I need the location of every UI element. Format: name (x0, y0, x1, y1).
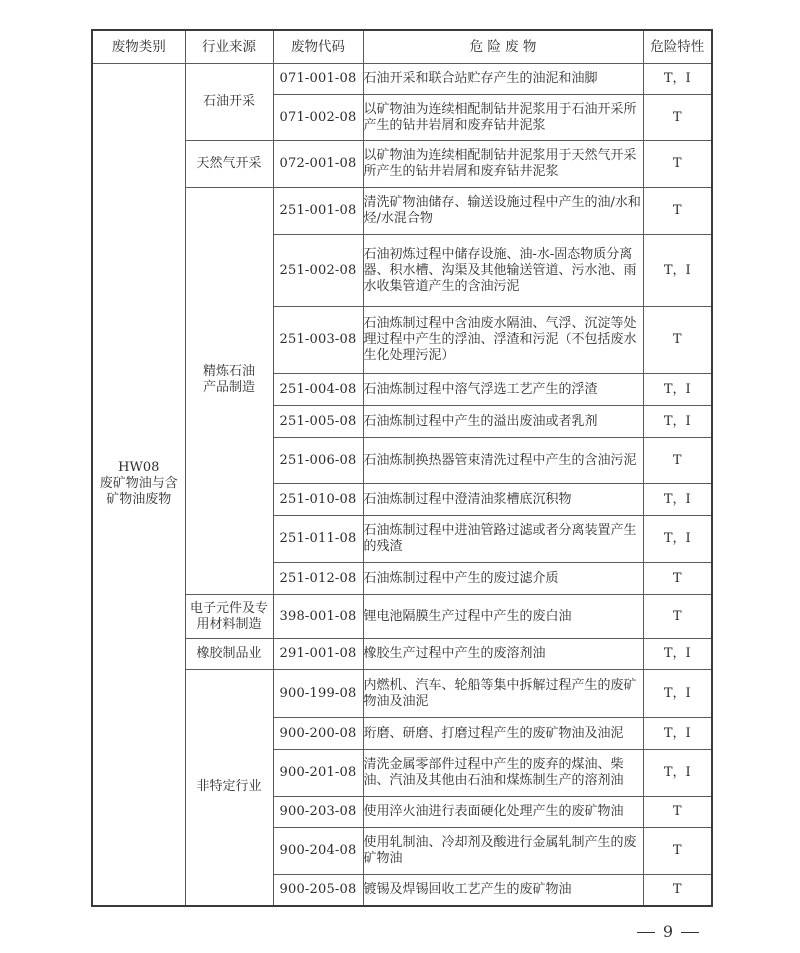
waste-description: 石油炼制过程中进油管路过滤或者分离装置产生的残渣 (363, 516, 643, 563)
waste-description: 橡胶生产过程中产生的废溶剂油 (363, 639, 643, 670)
source-cell: 精炼石油 产品制造 (185, 188, 273, 595)
waste-description: 清洗矿物油储存、输送设施过程中产生的油/水和烃/水混合物 (363, 188, 643, 235)
hazard-property: T，I (643, 64, 712, 95)
source-cell: 天然气开采 (185, 141, 273, 188)
waste-description: 石油炼制过程中产生的溢出废油或者乳剂 (363, 406, 643, 438)
source-line1: 精炼石油 (186, 364, 273, 380)
waste-description: 以矿物油为连续相配制钻井泥浆用于石油开采所产生的钻井岩屑和废弃钻井泥浆 (363, 95, 643, 141)
hazard-property: T (643, 875, 712, 906)
header-code: 废物代码 (273, 30, 363, 64)
dash-right (681, 932, 699, 934)
header-hazard: 危险特性 (643, 30, 712, 64)
hazard-property: T (643, 141, 712, 188)
hazard-property: T，I (643, 406, 712, 438)
table-header-row: 废物类别 行业来源 废物代码 危 险 废 物 危险特性 (92, 30, 712, 64)
category-name-line2: 矿物油废物 (93, 492, 185, 508)
waste-description: 珩磨、研磨、打磨过程产生的废矿物油及油泥 (363, 718, 643, 750)
waste-code: 251-012-08 (273, 563, 363, 595)
hazard-property: T，I (643, 750, 712, 797)
waste-description: 以矿物油为连续相配制钻井泥浆用于天然气开采所产生的钻井岩屑和废弃钻井泥浆 (363, 141, 643, 188)
waste-code: 251-011-08 (273, 516, 363, 563)
waste-code: 251-010-08 (273, 484, 363, 516)
category-code: HW08 (93, 460, 185, 476)
category-cell: HW08 废矿物油与含 矿物油废物 (92, 64, 185, 906)
waste-code: 398-001-08 (273, 595, 363, 639)
waste-code: 072-001-08 (273, 141, 363, 188)
waste-code: 900-199-08 (273, 670, 363, 718)
waste-description: 清洗金属零部件过程中产生的废弃的煤油、柴油、汽油及其他由石油和煤炼制生产的溶剂油 (363, 750, 643, 797)
source-cell: 橡胶制品业 (185, 639, 273, 670)
category-name-line1: 废矿物油与含 (93, 476, 185, 492)
table-row: 天然气开采 072-001-08 以矿物油为连续相配制钻井泥浆用于天然气开采所产… (92, 141, 712, 188)
header-waste: 危 险 废 物 (363, 30, 643, 64)
hazardous-waste-table: 废物类别 行业来源 废物代码 危 险 废 物 危险特性 HW08 废矿物油与含 … (91, 29, 713, 907)
hazard-property: T (643, 595, 712, 639)
page-number: 9 (628, 922, 708, 942)
waste-code: 900-201-08 (273, 750, 363, 797)
waste-code: 900-205-08 (273, 875, 363, 906)
header-source: 行业来源 (185, 30, 273, 64)
waste-code: 251-001-08 (273, 188, 363, 235)
table-row: 橡胶制品业 291-001-08 橡胶生产过程中产生的废溶剂油 T，I (92, 639, 712, 670)
page-number-value: 9 (663, 922, 673, 941)
waste-description: 石油炼制过程中产生的废过滤介质 (363, 563, 643, 595)
hazard-property: T (643, 307, 712, 374)
source-line2: 产品制造 (186, 380, 273, 396)
waste-description: 石油炼制过程中溶气浮选工艺产生的浮渣 (363, 374, 643, 406)
waste-code: 900-200-08 (273, 718, 363, 750)
waste-description: 镀锡及焊锡回收工艺产生的废矿物油 (363, 875, 643, 906)
waste-code: 900-203-08 (273, 797, 363, 828)
waste-code: 900-204-08 (273, 828, 363, 875)
table-row: 非特定行业 900-199-08 内燃机、汽车、轮船等集中拆解过程产生的废矿物油… (92, 670, 712, 718)
source-cell: 石油开采 (185, 64, 273, 141)
source-line1: 电子元件及专 (186, 601, 273, 617)
hazard-property: T (643, 563, 712, 595)
hazard-property: T，I (643, 484, 712, 516)
waste-code: 291-001-08 (273, 639, 363, 670)
table-row: 电子元件及专 用材料制造 398-001-08 锂电池隔膜生产过程中产生的废白油… (92, 595, 712, 639)
waste-description: 石油初炼过程中储存设施、油-水-固态物质分离器、积水槽、沟渠及其他输送管道、污水… (363, 235, 643, 307)
waste-code: 251-003-08 (273, 307, 363, 374)
waste-description: 锂电池隔膜生产过程中产生的废白油 (363, 595, 643, 639)
waste-description: 石油开采和联合站贮存产生的油泥和油脚 (363, 64, 643, 95)
waste-code: 251-006-08 (273, 438, 363, 484)
header-category: 废物类别 (92, 30, 185, 64)
waste-code: 251-005-08 (273, 406, 363, 438)
waste-code: 251-004-08 (273, 374, 363, 406)
table-row: HW08 废矿物油与含 矿物油废物 石油开采 071-001-08 石油开采和联… (92, 64, 712, 95)
waste-code: 071-002-08 (273, 95, 363, 141)
hazard-property: T (643, 188, 712, 235)
waste-description: 石油炼制换热器管束清洗过程中产生的含油污泥 (363, 438, 643, 484)
waste-description: 内燃机、汽车、轮船等集中拆解过程产生的废矿物油及油泥 (363, 670, 643, 718)
waste-description: 使用淬火油进行表面硬化处理产生的废矿物油 (363, 797, 643, 828)
hazard-property: T，I (643, 374, 712, 406)
hazard-property: T，I (643, 718, 712, 750)
waste-description: 使用轧制油、冷却剂及酸进行金属轧制产生的废矿物油 (363, 828, 643, 875)
source-cell: 电子元件及专 用材料制造 (185, 595, 273, 639)
hazard-property: T (643, 438, 712, 484)
dash-left (637, 932, 655, 934)
hazard-property: T (643, 797, 712, 828)
waste-description: 石油炼制过程中澄清油浆槽底沉积物 (363, 484, 643, 516)
waste-description: 石油炼制过程中含油废水隔油、气浮、沉淀等处理过程中产生的浮油、浮渣和污泥（不包括… (363, 307, 643, 374)
waste-code: 251-002-08 (273, 235, 363, 307)
hazard-property: T (643, 95, 712, 141)
hazard-property: T，I (643, 516, 712, 563)
hazard-property: T，I (643, 670, 712, 718)
hazard-property: T，I (643, 235, 712, 307)
hazard-property: T (643, 828, 712, 875)
waste-code: 071-001-08 (273, 64, 363, 95)
table-row: 精炼石油 产品制造 251-001-08 清洗矿物油储存、输送设施过程中产生的油… (92, 188, 712, 235)
hazard-property: T，I (643, 639, 712, 670)
source-line2: 用材料制造 (186, 617, 273, 633)
source-cell: 非特定行业 (185, 670, 273, 906)
